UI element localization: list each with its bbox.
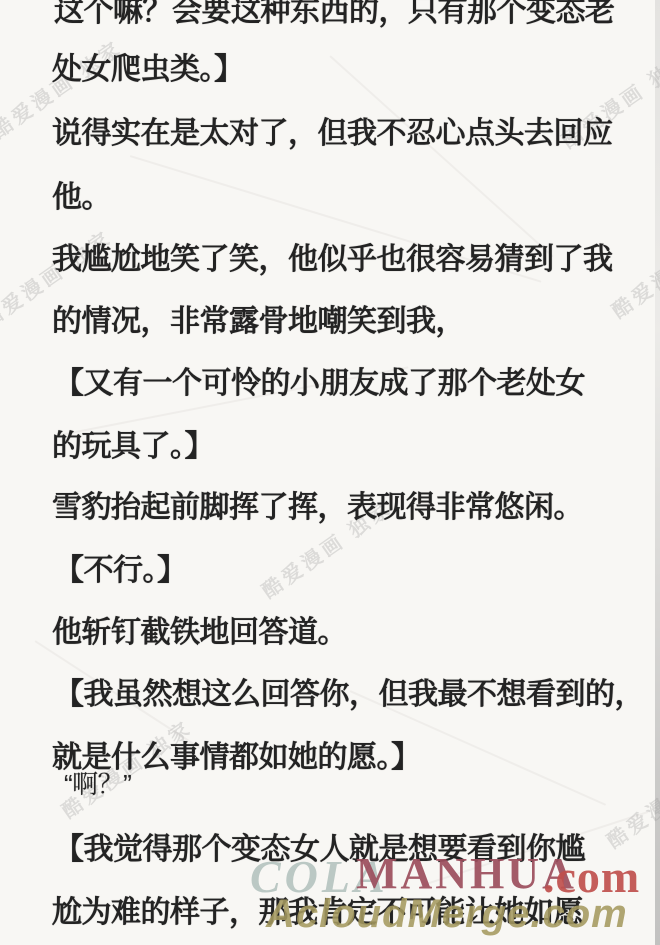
site-stamp: 酷爱漫画 独家 [600, 742, 660, 854]
text-line: 雪豹抬起前脚挥了挥，表现得非常悠闲。 [52, 482, 583, 526]
text-line: 我尴尬地笑了笑，他似乎也很容易猜到了我 [52, 234, 613, 278]
text-line: “啊？” [64, 764, 131, 801]
text-line: 的情况，非常露骨地嘲笑到我， [52, 296, 465, 340]
manhua-text-page: { "page": { "background_color": "#f8f7f4… [0, 0, 660, 945]
site-stamp: 酷爱漫画 独家 [605, 212, 660, 324]
text-line: 【又有一个可怜的小朋友成了那个老处女 [54, 358, 585, 402]
page-edge-strip [655, 0, 660, 945]
text-line: 他。 [52, 172, 111, 216]
text-line: 这个嘛？会要这种东西的，只有那个变态老 [54, 0, 615, 30]
text-line: 他斩钉截铁地回答道。 [52, 607, 347, 651]
text-line: 【我虽然想这么回答你，但我最不想看到的， [54, 669, 644, 713]
text-line: 说得实在是太对了，但我不忍心点头去回应 [52, 108, 613, 152]
text-line: 的玩具了。】 [52, 421, 214, 465]
text-line: 处女爬虫类。】 [52, 44, 244, 88]
watermark-acloudmerge: AcloudMerge.com [266, 894, 628, 934]
text-line: 【不行。】 [54, 545, 187, 589]
